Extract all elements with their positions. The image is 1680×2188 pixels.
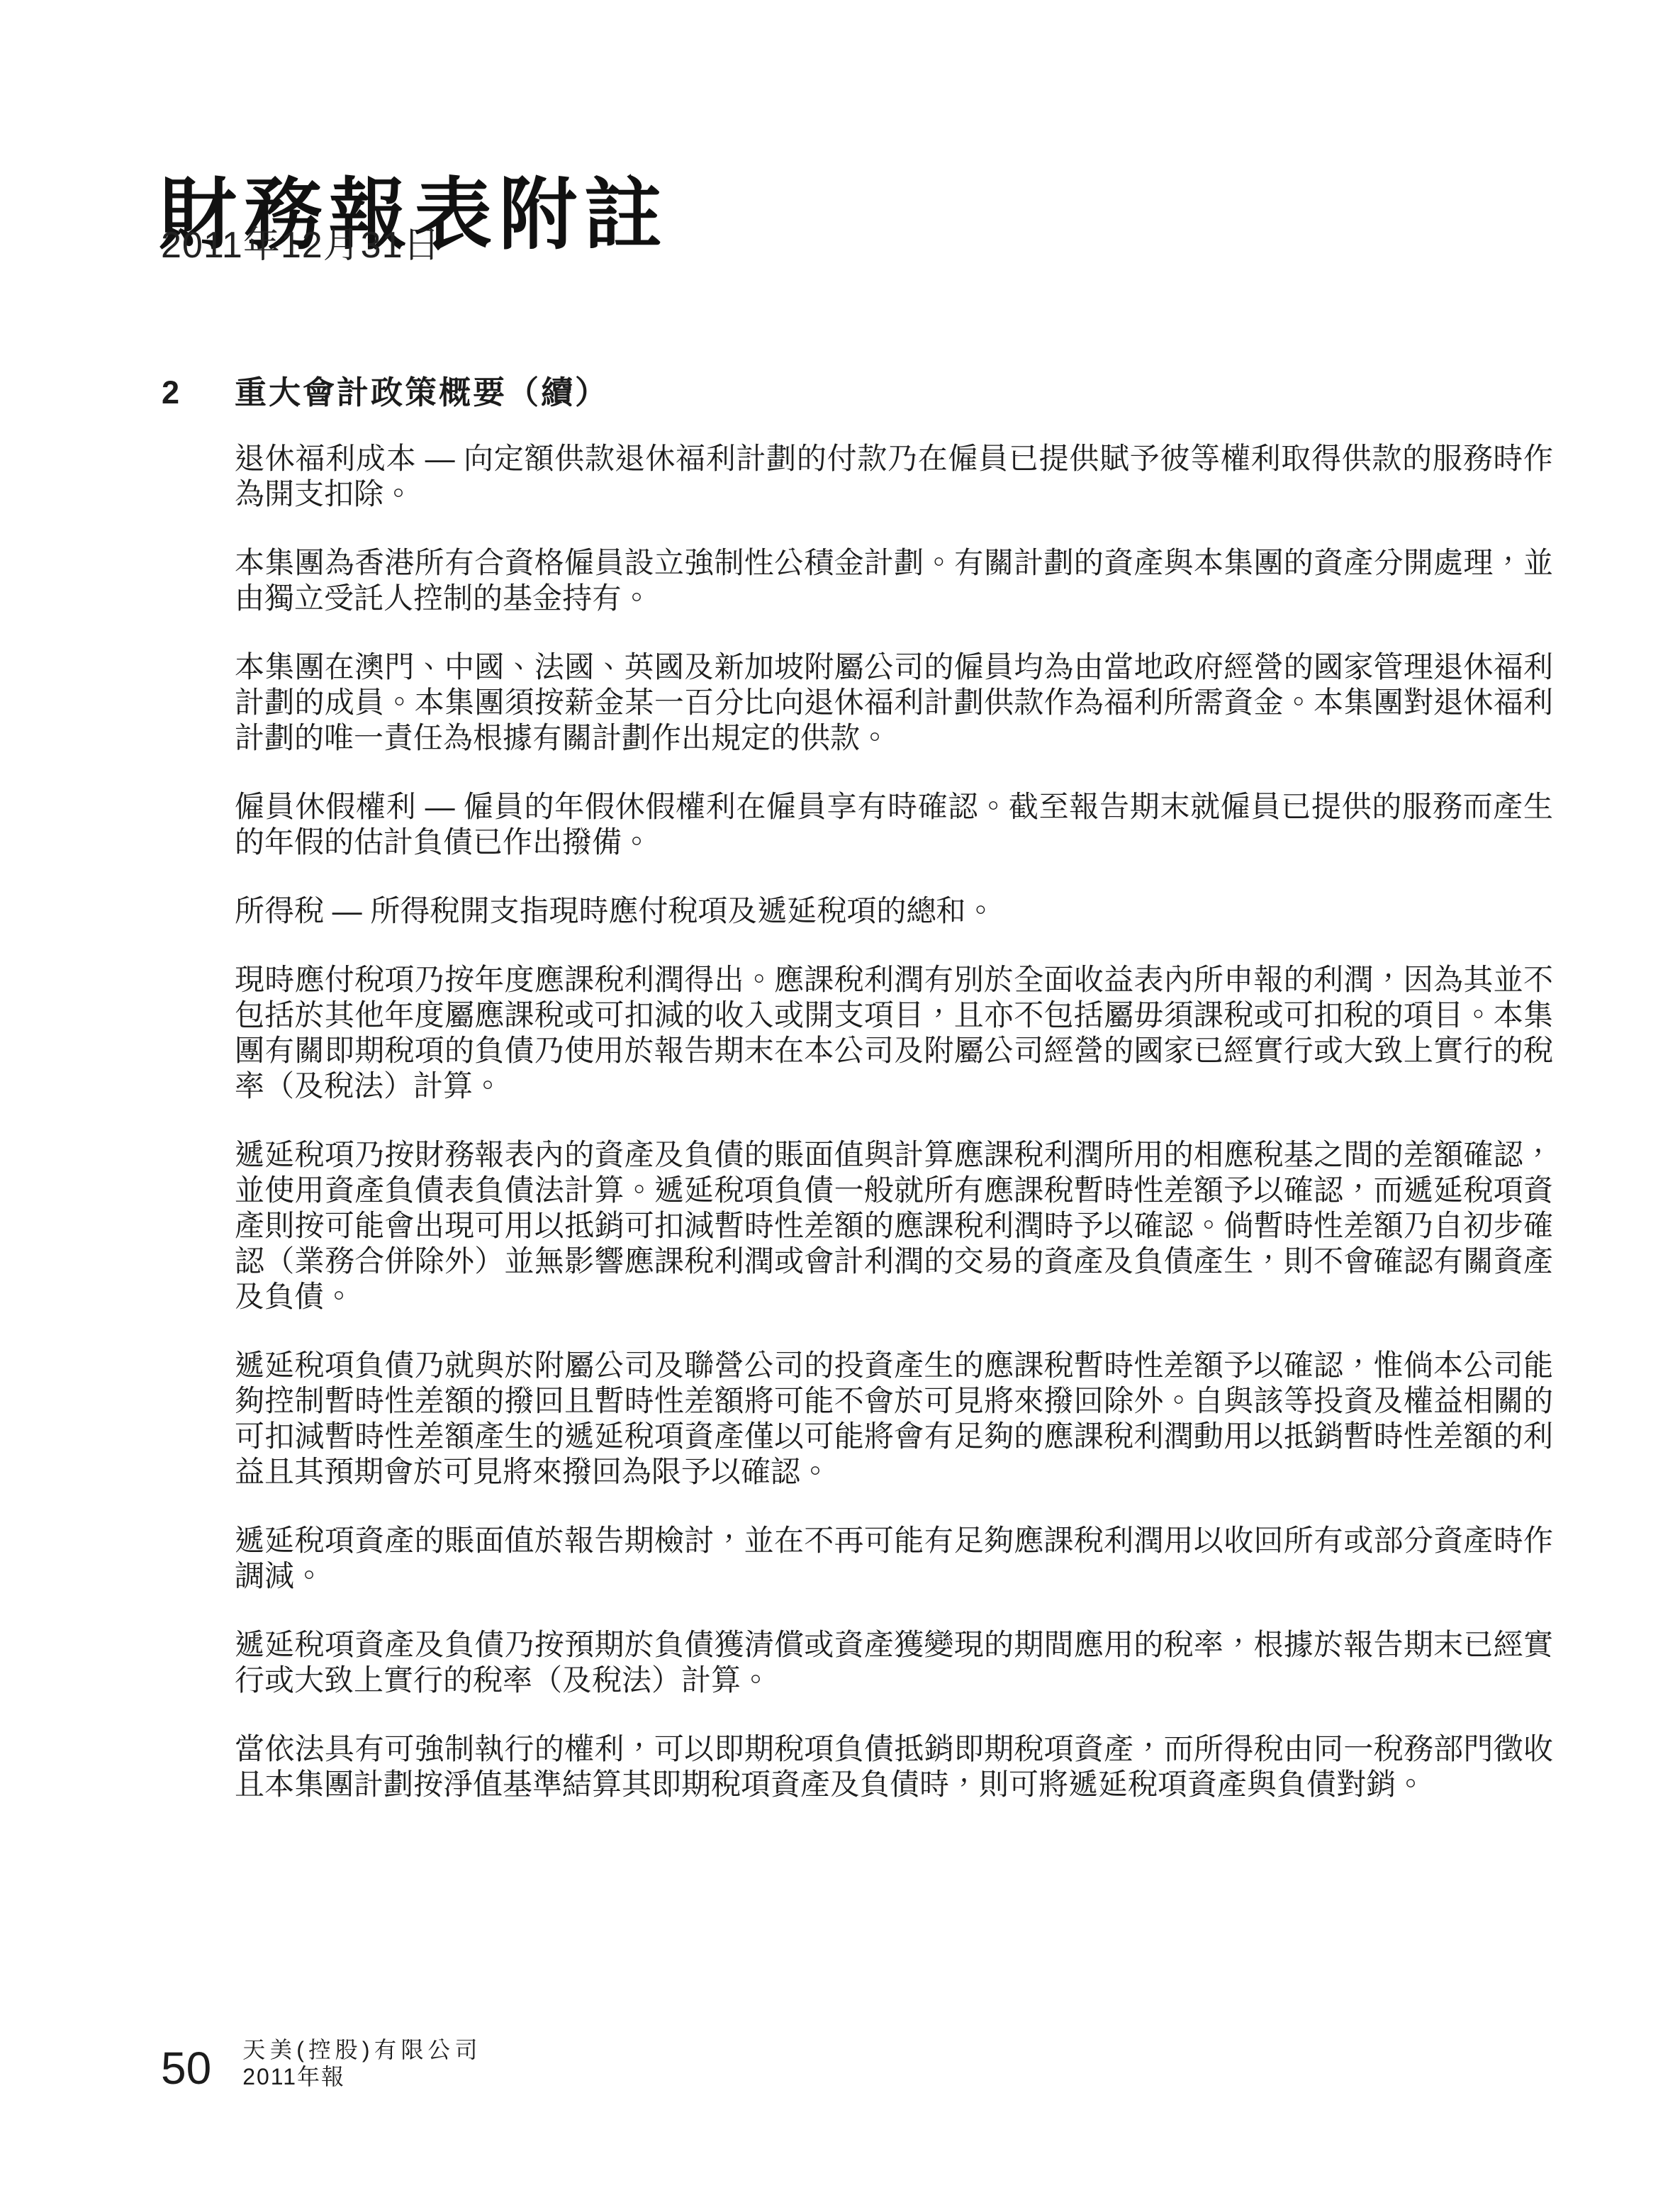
body-paragraph: 遞延稅項乃按財務報表內的資產及負債的賬面值與計算應課稅利潤所用的相應稅基之間的差… <box>235 1137 1553 1315</box>
footer-company-name: 天美(控股)有限公司 <box>242 2036 481 2063</box>
page-date: 2011年12月31日 <box>161 225 441 266</box>
note-body: 退休福利成本 — 向定額供款退休福利計劃的付款乃在僱員已提供賦予彼等權利取得供款… <box>235 441 1553 1802</box>
document-page: 財務報表附註 2011年12月31日 2 重大會計政策概要（續） 退休福利成本 … <box>0 0 1680 2188</box>
body-paragraph: 僱員休假權利 — 僱員的年假休假權利在僱員享有時確認。截至報告期末就僱員已提供的… <box>235 789 1553 860</box>
footer-page-number: 50 <box>161 2047 211 2090</box>
section-number: 2 <box>162 373 235 413</box>
body-paragraph: 現時應付稅項乃按年度應課稅利潤得出。應課稅利潤有別於全面收益表內所申報的利潤，因… <box>235 962 1553 1104</box>
body-paragraph: 本集團在澳門、中國、法國、英國及新加坡附屬公司的僱員均為由當地政府經營的國家管理… <box>235 649 1553 756</box>
body-paragraph: 當依法具有可強制執行的權利，可以即期稅項負債抵銷即期稅項資產，而所得稅由同一稅務… <box>235 1731 1553 1802</box>
section-heading-row: 2 重大會計政策概要（續） <box>162 373 1555 413</box>
page-footer: 50 天美(控股)有限公司 2011年報 <box>161 2036 482 2090</box>
body-paragraph: 退休福利成本 — 向定額供款退休福利計劃的付款乃在僱員已提供賦予彼等權利取得供款… <box>235 441 1553 512</box>
body-paragraph: 遞延稅項負債乃就與於附屬公司及聯營公司的投資產生的應課稅暫時性差額予以確認，惟倘… <box>235 1348 1553 1490</box>
body-paragraph: 本集團為香港所有合資格僱員設立強制性公積金計劃。有關計劃的資產與本集團的資產分開… <box>235 545 1553 616</box>
footer-report-year: 2011年報 <box>242 2063 481 2090</box>
body-paragraph: 所得稅 — 所得稅開支指現時應付稅項及遞延稅項的總和。 <box>235 893 1553 929</box>
body-paragraph: 遞延稅項資產及負債乃按預期於負債獲清償或資產獲變現的期間應用的稅率，根據於報告期… <box>235 1627 1553 1698</box>
footer-company-block: 天美(控股)有限公司 2011年報 <box>242 2036 481 2090</box>
section-heading: 重大會計政策概要（續） <box>235 373 609 413</box>
body-paragraph: 遞延稅項資產的賬面值於報告期檢討，並在不再可能有足夠應課稅利潤用以收回所有或部分… <box>235 1523 1553 1594</box>
